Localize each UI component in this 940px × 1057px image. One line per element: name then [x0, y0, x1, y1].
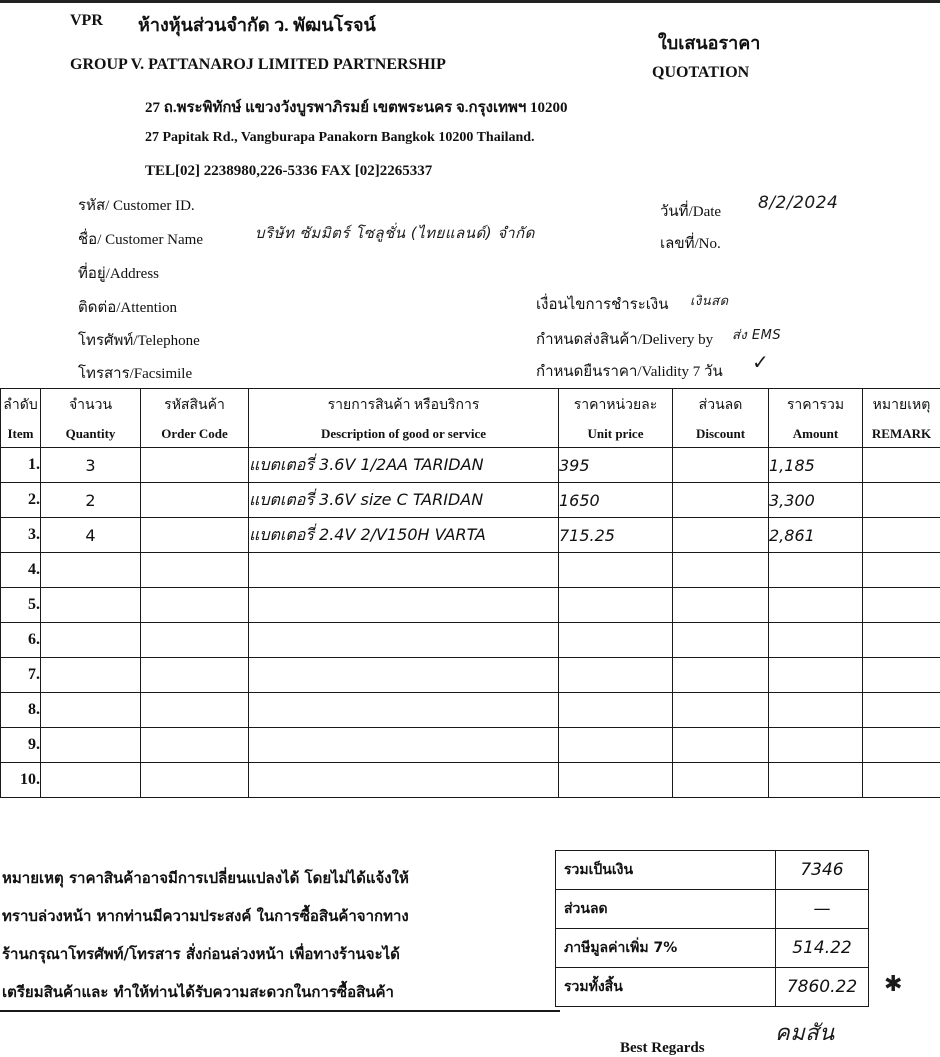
- column-header-en: Amount: [769, 426, 862, 442]
- column-header-th: จำนวน: [41, 394, 140, 416]
- customer-attention-label: ติดต่อ/Attention: [78, 295, 177, 319]
- column-header: หมายเหตุREMARK: [863, 389, 940, 448]
- customer-name-value: บริษัท ซัมมิตร์ โซลูชั่น (ไทยแลนด์) จำกั…: [255, 221, 535, 245]
- remark-line: ทราบล่วงหน้า หากท่านมีความประสงค์ ในการซ…: [2, 904, 409, 928]
- table-row: 2.2แบตเตอรี่ 3.6V size C TARIDAN16503,30…: [1, 483, 940, 518]
- cell-desc: แบตเตอรี่ 3.6V 1/2AA TARIDAN: [249, 448, 559, 483]
- cell-remark: [863, 763, 940, 798]
- cell-amount: [769, 728, 863, 763]
- summary-row-total: รวมทั้งสิ้น 7860.22: [556, 968, 869, 1007]
- table-row: 10.: [1, 763, 940, 798]
- column-header-en: Unit price: [559, 426, 672, 442]
- remarks-box: หมายเหตุ ราคาสินค้าอาจมีการเปลี่ยนแปลงได…: [0, 852, 560, 1012]
- table-row: 5.: [1, 588, 940, 623]
- table-row: 6.: [1, 623, 940, 658]
- payment-label: เงื่อนไขการชำระเงิน: [536, 292, 669, 316]
- cell-remark: [863, 448, 940, 483]
- validity-label: กำหนดยืนราคา/Validity 7 วัน: [536, 359, 723, 383]
- cell-disc: [673, 448, 769, 483]
- cell-desc: แบตเตอรี่ 2.4V 2/V150H VARTA: [249, 518, 559, 553]
- cell-code: [141, 518, 249, 553]
- cell-amount: [769, 553, 863, 588]
- cell-amount: [769, 658, 863, 693]
- table-body: 1.3แบตเตอรี่ 3.6V 1/2AA TARIDAN3951,1852…: [1, 448, 940, 798]
- doc-title-th: ใบเสนอราคา: [658, 28, 760, 57]
- cell-unit: 1650: [559, 483, 673, 518]
- best-regards: Best Regards: [620, 1040, 705, 1057]
- cell-disc: [673, 658, 769, 693]
- cell-remark: [863, 588, 940, 623]
- summary-row-vat: ภาษีมูลค่าเพิ่ม 7% 514.22: [556, 929, 869, 968]
- summary-value: 7346: [776, 851, 869, 890]
- cell-amount: 3,300: [769, 483, 863, 518]
- column-header: ราคาหน่วยละUnit price: [559, 389, 673, 448]
- table-row: 8.: [1, 693, 940, 728]
- cell-code: [141, 763, 249, 798]
- company-short-name: VPR: [70, 12, 103, 30]
- cell-unit: 395: [559, 448, 673, 483]
- cell-qty: 4: [41, 518, 141, 553]
- column-header-en: REMARK: [863, 426, 940, 442]
- summary-label: ส่วนลด: [556, 890, 776, 929]
- cell-amount: [769, 693, 863, 728]
- column-header-th: หมายเหตุ: [863, 394, 940, 416]
- number-label: เลขที่/No.: [660, 231, 721, 255]
- cell-qty: [41, 658, 141, 693]
- cell-no: 10.: [1, 763, 41, 798]
- column-header: ราคารวมAmount: [769, 389, 863, 448]
- cell-code: [141, 693, 249, 728]
- cell-disc: [673, 518, 769, 553]
- summary-value: —: [776, 890, 869, 929]
- summary-row-subtotal: รวมเป็นเงิน 7346: [556, 851, 869, 890]
- company-name-th: ห้างหุ้นส่วนจำกัด ว. พัฒนโรจน์: [138, 10, 376, 39]
- cell-disc: [673, 588, 769, 623]
- customer-id-label: รหัส/ Customer ID.: [78, 193, 195, 217]
- column-header-en: Discount: [673, 426, 768, 442]
- cell-unit: [559, 763, 673, 798]
- table-row: 7.: [1, 658, 940, 693]
- summary-value: 7860.22: [776, 968, 869, 1007]
- cell-amount: [769, 623, 863, 658]
- cell-unit: [559, 553, 673, 588]
- cell-no: 1.: [1, 448, 41, 483]
- cell-amount: [769, 588, 863, 623]
- delivery-value: ส่ง EMS: [732, 324, 781, 345]
- column-header-th: ส่วนลด: [673, 394, 768, 416]
- summary-table: รวมเป็นเงิน 7346 ส่วนลด — ภาษีมูลค่าเพิ่…: [555, 850, 869, 1007]
- cell-remark: [863, 623, 940, 658]
- cell-code: [141, 448, 249, 483]
- payment-value: เงินสด: [690, 290, 729, 311]
- cell-disc: [673, 553, 769, 588]
- cell-disc: [673, 483, 769, 518]
- column-header-th: ราคารวม: [769, 394, 862, 416]
- cell-remark: [863, 728, 940, 763]
- summary-row-discount: ส่วนลด —: [556, 890, 869, 929]
- column-header-en: Item: [1, 426, 40, 442]
- cell-unit: [559, 623, 673, 658]
- asterisk-mark-icon: ✱: [884, 972, 903, 997]
- summary-label: รวมทั้งสิ้น: [556, 968, 776, 1007]
- column-header-th: ราคาหน่วยละ: [559, 394, 672, 416]
- cell-remark: [863, 553, 940, 588]
- column-header-th: รหัสสินค้า: [141, 394, 248, 416]
- column-header: ส่วนลดDiscount: [673, 389, 769, 448]
- customer-fax-label: โทรสาร/Facsimile: [78, 361, 192, 385]
- cell-no: 3.: [1, 518, 41, 553]
- table-header-row: ลำดับItemจำนวนQuantityรหัสสินค้าOrder Co…: [1, 389, 940, 448]
- remark-line: ร้านกรุณาโทรศัพท์/โทรสาร สั่งก่อนล่วงหน้…: [2, 942, 400, 966]
- date-value: 8/2/2024: [758, 193, 838, 213]
- column-header: รหัสสินค้าOrder Code: [141, 389, 249, 448]
- cell-no: 4.: [1, 553, 41, 588]
- cell-desc: แบตเตอรี่ 3.6V size C TARIDAN: [249, 483, 559, 518]
- cell-desc: [249, 693, 559, 728]
- cell-no: 5.: [1, 588, 41, 623]
- check-mark-icon: ✓: [752, 350, 769, 374]
- cell-desc: [249, 553, 559, 588]
- cell-desc: [249, 763, 559, 798]
- cell-disc: [673, 728, 769, 763]
- top-border: [0, 0, 940, 3]
- cell-code: [141, 728, 249, 763]
- cell-desc: [249, 728, 559, 763]
- column-header-th: รายการสินค้า หรือบริการ: [249, 394, 558, 416]
- company-name-en: GROUP V. PATTANAROJ LIMITED PARTNERSHIP: [70, 56, 446, 74]
- delivery-label: กำหนดส่งสินค้า/Delivery by: [536, 327, 713, 351]
- summary-value: 514.22: [776, 929, 869, 968]
- cell-remark: [863, 518, 940, 553]
- items-table-wrap: ลำดับItemจำนวนQuantityรหัสสินค้าOrder Co…: [0, 388, 940, 798]
- column-header-en: Description of good or service: [249, 426, 558, 442]
- cell-desc: [249, 658, 559, 693]
- table-row: 9.: [1, 728, 940, 763]
- cell-amount: 1,185: [769, 448, 863, 483]
- column-header: จำนวนQuantity: [41, 389, 141, 448]
- cell-qty: [41, 588, 141, 623]
- column-header-en: Order Code: [141, 426, 248, 442]
- cell-qty: 3: [41, 448, 141, 483]
- table-row: 3.4แบตเตอรี่ 2.4V 2/V150H VARTA715.252,8…: [1, 518, 940, 553]
- company-contact: TEL[02] 2238980,226-5336 FAX [02]2265337: [145, 163, 432, 180]
- cell-remark: [863, 658, 940, 693]
- summary-label: ภาษีมูลค่าเพิ่ม 7%: [556, 929, 776, 968]
- cell-code: [141, 658, 249, 693]
- column-header: รายการสินค้า หรือบริการDescription of go…: [249, 389, 559, 448]
- cell-remark: [863, 693, 940, 728]
- cell-unit: 715.25: [559, 518, 673, 553]
- cell-amount: 2,861: [769, 518, 863, 553]
- cell-disc: [673, 763, 769, 798]
- cell-unit: [559, 728, 673, 763]
- cell-no: 9.: [1, 728, 41, 763]
- cell-amount: [769, 763, 863, 798]
- cell-qty: [41, 693, 141, 728]
- column-header-en: Quantity: [41, 426, 140, 442]
- cell-disc: [673, 623, 769, 658]
- cell-unit: [559, 658, 673, 693]
- column-header: ลำดับItem: [1, 389, 41, 448]
- cell-no: 8.: [1, 693, 41, 728]
- cell-no: 2.: [1, 483, 41, 518]
- cell-code: [141, 553, 249, 588]
- customer-name-label: ชื่อ/ Customer Name: [78, 227, 203, 251]
- cell-unit: [559, 588, 673, 623]
- cell-unit: [559, 693, 673, 728]
- cell-desc: [249, 588, 559, 623]
- remark-line: หมายเหตุ ราคาสินค้าอาจมีการเปลี่ยนแปลงได…: [2, 866, 409, 890]
- cell-no: 7.: [1, 658, 41, 693]
- signature: คมสัน: [775, 1015, 835, 1050]
- customer-telephone-label: โทรศัพท์/Telephone: [78, 328, 200, 352]
- remark-line: เตรียมสินค้าและ ทำให้ท่านได้รับความสะดวก…: [2, 980, 394, 1004]
- date-label: วันที่/Date: [660, 199, 721, 223]
- cell-disc: [673, 693, 769, 728]
- cell-code: [141, 483, 249, 518]
- company-address-th: 27 ถ.พระพิทักษ์ แขวงวังบูรพาภิรมย์ เขตพร…: [145, 95, 568, 119]
- table-row: 4.: [1, 553, 940, 588]
- cell-qty: [41, 553, 141, 588]
- customer-address-label: ที่อยู่/Address: [78, 261, 159, 285]
- doc-title-en: QUOTATION: [652, 64, 749, 82]
- company-address-en: 27 Papitak Rd., Vangburapa Panakorn Bang…: [145, 130, 535, 146]
- column-header-th: ลำดับ: [1, 394, 40, 416]
- cell-qty: 2: [41, 483, 141, 518]
- cell-remark: [863, 483, 940, 518]
- items-table: ลำดับItemจำนวนQuantityรหัสสินค้าOrder Co…: [0, 388, 940, 798]
- cell-no: 6.: [1, 623, 41, 658]
- summary-label: รวมเป็นเงิน: [556, 851, 776, 890]
- table-row: 1.3แบตเตอรี่ 3.6V 1/2AA TARIDAN3951,185: [1, 448, 940, 483]
- cell-desc: [249, 623, 559, 658]
- cell-qty: [41, 623, 141, 658]
- cell-code: [141, 588, 249, 623]
- cell-code: [141, 623, 249, 658]
- cell-qty: [41, 728, 141, 763]
- cell-qty: [41, 763, 141, 798]
